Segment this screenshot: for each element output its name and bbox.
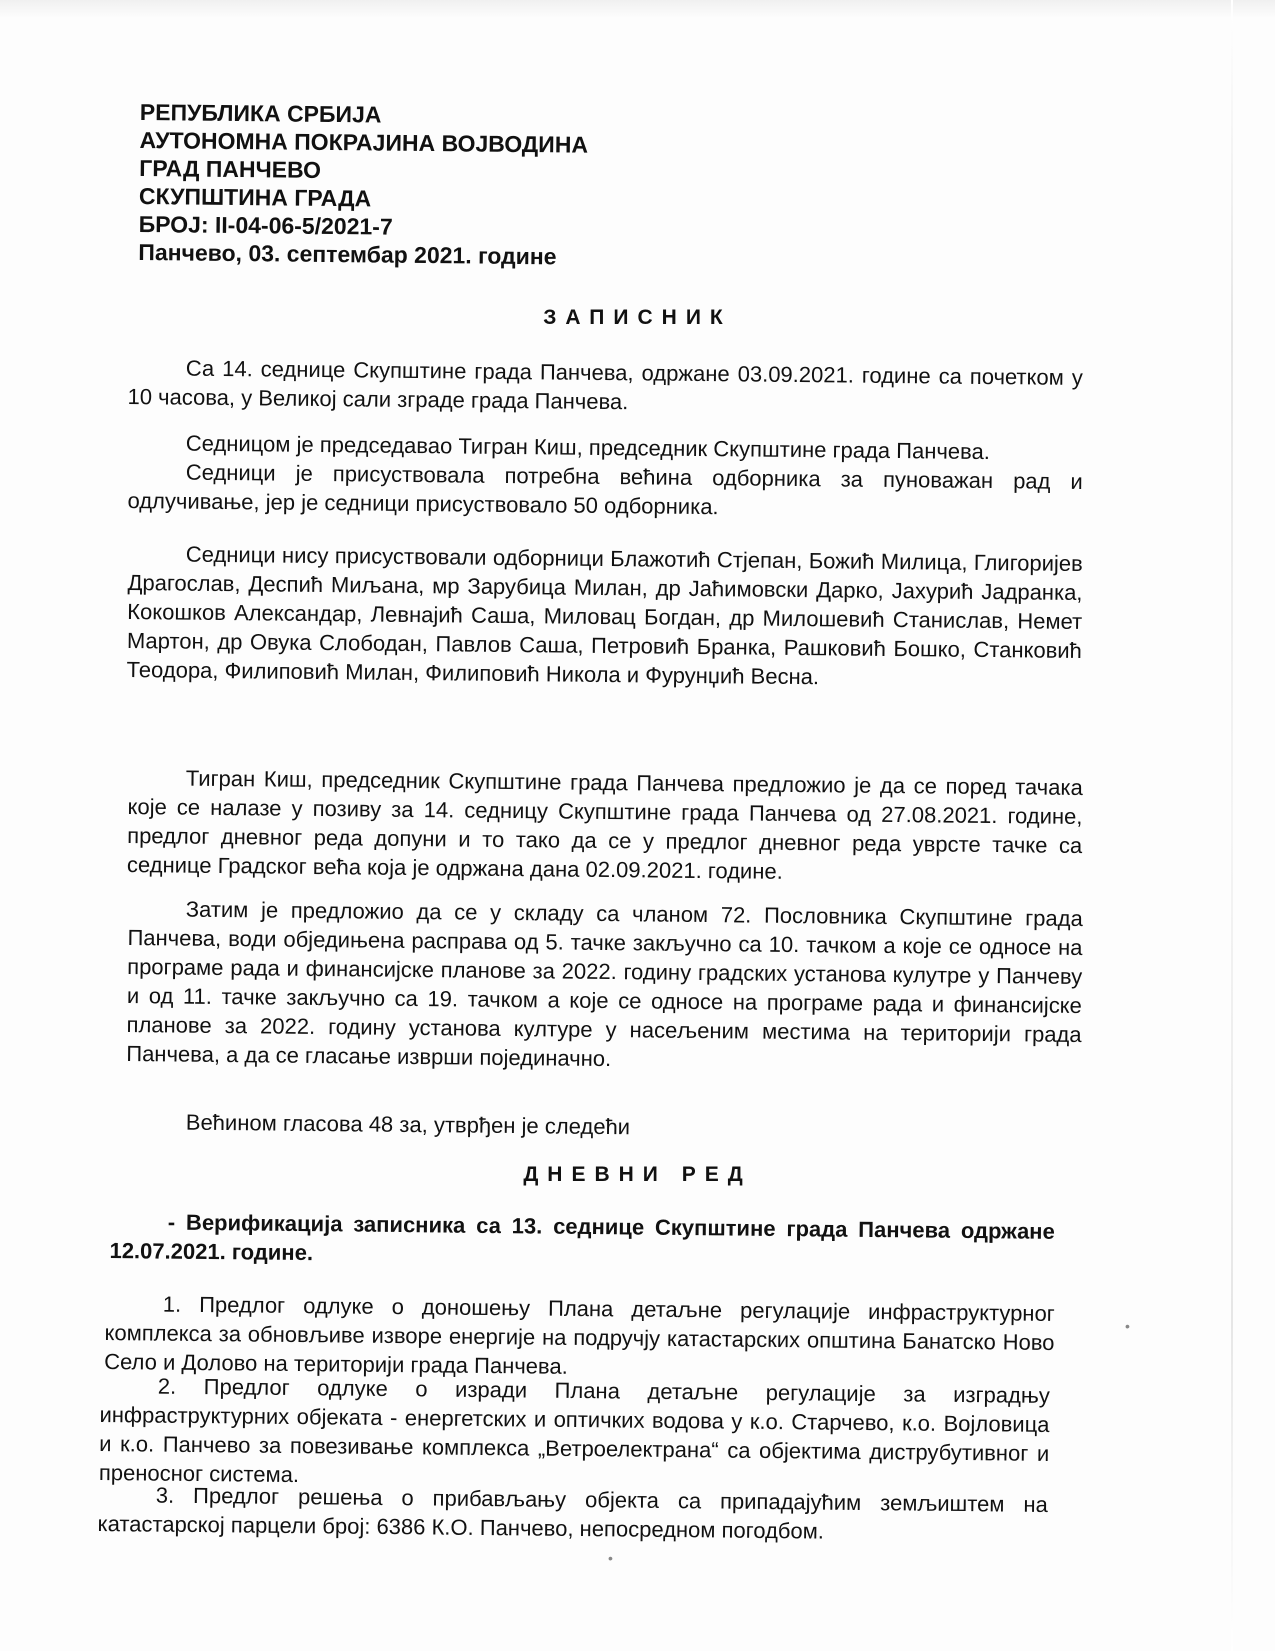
agenda-title: ДНЕВНИ РЕД: [0, 1163, 1275, 1187]
scan-edge-line: [1231, 0, 1233, 1651]
agenda-item-1: 1. Предлог одлуке о доношењу Плана детаљ…: [104, 1289, 1055, 1386]
paragraph-agenda-proposal: Тигран Киш, председник Скупштине града П…: [127, 763, 1083, 889]
agenda-item-2: 2. Предлог одлуке о изради Плана детаљне…: [99, 1371, 1050, 1497]
paragraph-vote-result: Већином гласова 48 за, утврђен је следећ…: [128, 1107, 1083, 1146]
paragraph-quorum: Седници је присуствовала потребна већина…: [127, 457, 1083, 525]
header-place-date: Панчево, 03. септембар 2021. године: [138, 238, 587, 271]
scan-top-shadow: [0, 0, 1275, 18]
agenda-verification: - Верификација записника са 13. седнице …: [109, 1207, 1055, 1275]
paragraph-absent-members: Седници нису присуствовали одборници Бла…: [126, 539, 1082, 694]
paragraph-session-info: Са 14. седнице Скупштине града Панчева, …: [127, 353, 1083, 421]
scan-speck: •: [608, 1550, 613, 1566]
scanned-document-page: РЕПУБЛИКА СРБИЈА АУТОНОМНА ПОКРАЈИНА ВОЈ…: [0, 0, 1275, 1651]
document-header: РЕПУБЛИКА СРБИЈА АУТОНОМНА ПОКРАЈИНА ВОЈ…: [138, 98, 588, 271]
agenda-item-3: 3. Предлог решења о прибављању објекта с…: [97, 1480, 1048, 1548]
document-title: ЗАПИСНИК: [0, 306, 1275, 330]
paragraph-joint-debate: Затим је предложио да се у складу са чла…: [126, 894, 1083, 1078]
scan-speck: •: [1125, 1318, 1130, 1334]
